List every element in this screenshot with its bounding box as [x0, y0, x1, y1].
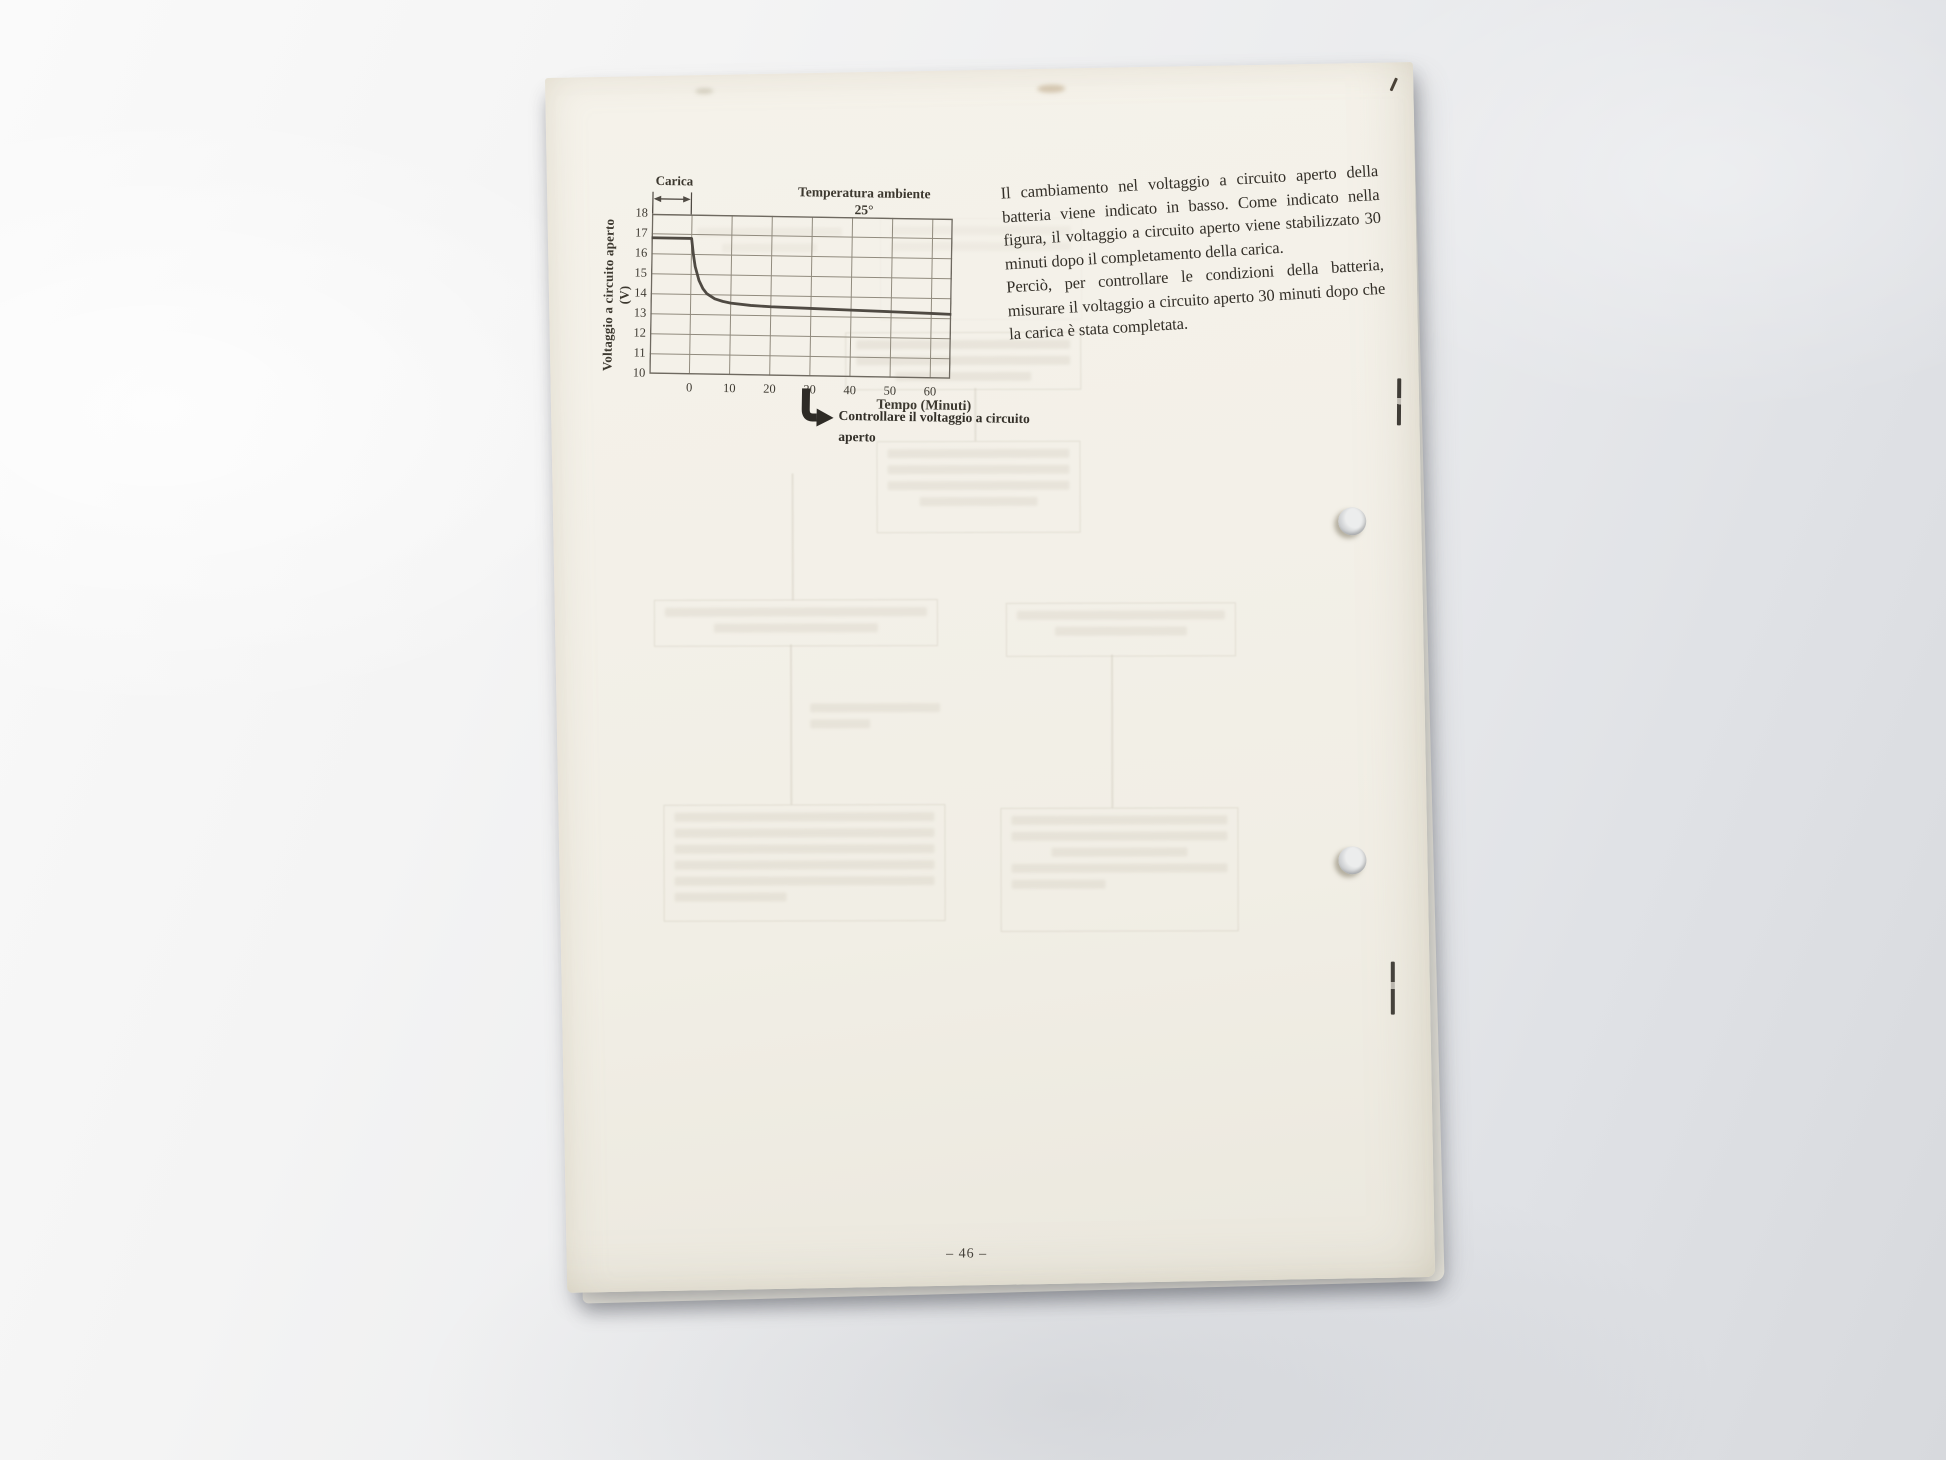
page-number: – 46 –: [897, 1246, 1037, 1262]
chart-caption-line2: aperto: [838, 426, 1098, 451]
ghost-box: [654, 599, 938, 647]
bent-pointer-arrow-icon: [800, 388, 835, 427]
y-tick-label: 17: [621, 225, 647, 240]
ghost-connector: [790, 644, 792, 804]
y-tick-label: 16: [621, 245, 647, 260]
x-tick-label: 20: [755, 382, 783, 397]
chart-title: Temperatura ambiente 25°: [764, 183, 965, 220]
ghost-box: [1000, 807, 1238, 932]
y-tick-label: 14: [621, 285, 647, 300]
charge-interval-label: Carica: [644, 173, 704, 190]
y-tick-label: 13: [620, 305, 646, 320]
manual-page: Voltaggio a circuito aperto (V) Carica T…: [545, 62, 1435, 1293]
x-tick-label: 0: [675, 380, 703, 395]
chart-caption: Controllare il voltaggio a circuito aper…: [838, 405, 1099, 451]
y-tick-label: 15: [621, 265, 647, 280]
voltage-chart-figure: Voltaggio a circuito aperto (V) Carica T…: [598, 169, 1003, 476]
photo-backdrop: Voltaggio a circuito aperto (V) Carica T…: [0, 0, 1946, 1460]
y-tick-label: 12: [620, 325, 646, 340]
ghost-box: [1006, 602, 1236, 657]
y-tick-label: 18: [622, 205, 648, 220]
x-tick-label: 10: [715, 381, 743, 396]
plot-area: [649, 214, 953, 379]
x-tick-label: 40: [836, 383, 864, 398]
charge-range-arrow-icon: [652, 190, 692, 215]
staple-mark-bottom: [1391, 962, 1395, 1015]
chart-caption-line1: Controllare il voltaggio a circuito: [838, 405, 1098, 430]
ghost-connector: [792, 473, 794, 600]
y-tick-label: 10: [619, 365, 645, 380]
y-tick-label: 11: [620, 345, 646, 360]
ghost-text: [800, 696, 950, 736]
body-text: Il cambiamento nel voltaggio a circuito …: [1000, 159, 1387, 346]
y-axis-title: Voltaggio a circuito aperto (V): [599, 209, 620, 381]
ghost-box: [663, 804, 945, 922]
staple-mark-top: [1397, 378, 1401, 425]
ghost-connector: [1111, 655, 1113, 808]
